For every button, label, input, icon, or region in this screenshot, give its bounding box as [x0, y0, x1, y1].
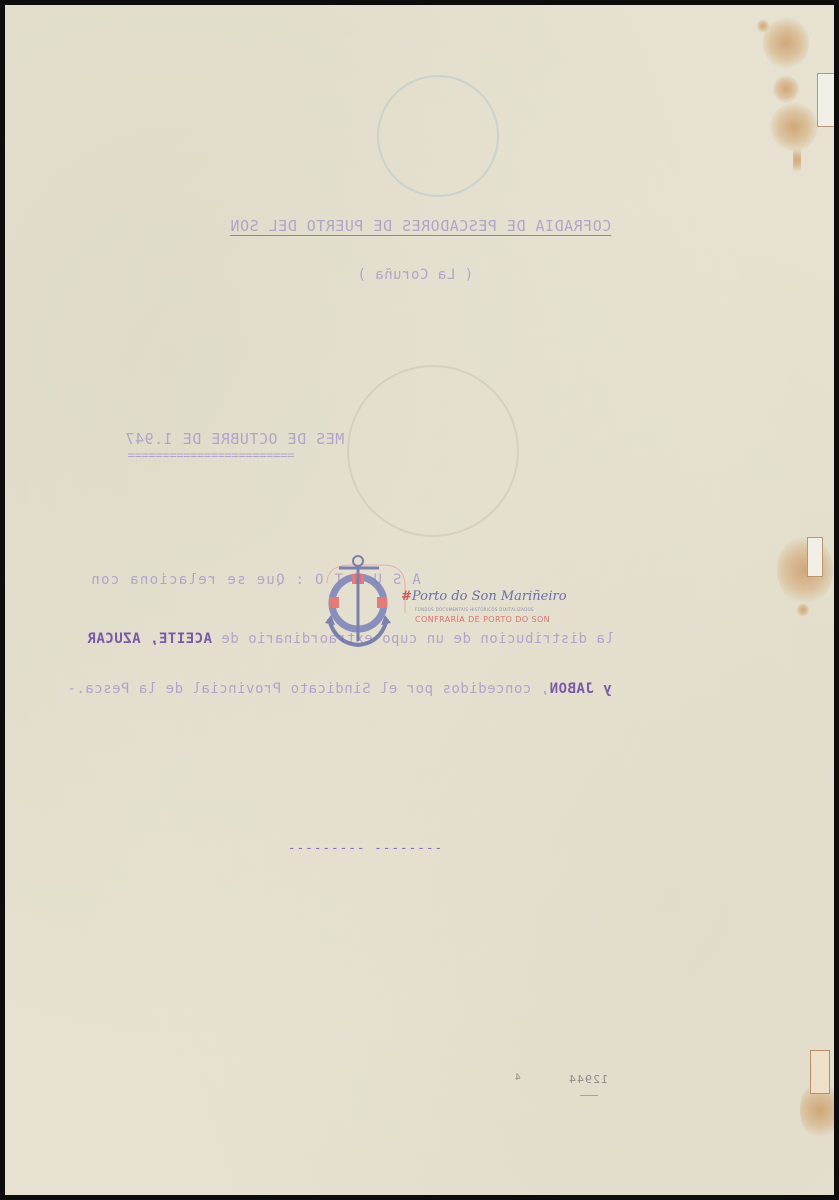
pencil-mark: 4	[515, 1073, 521, 1083]
document-location: ( La Coruña )	[357, 267, 473, 283]
separator-line: -------- ---------	[287, 841, 442, 856]
watermark-brand: #Porto do Son Mariñeiro	[401, 589, 567, 604]
subject-line-3-text: , concedidos por el Sindicato Provincial…	[67, 681, 549, 697]
watermark: #Porto do Son Mariñeiro FONDOS DOCUMENTA…	[323, 553, 533, 653]
stain-top-2	[773, 75, 799, 103]
watermark-organization: CONFRARÍA DE PORTO DO SON	[415, 615, 550, 624]
stain-top-drip	[793, 145, 801, 175]
tear-top	[817, 73, 834, 127]
stain-top-1	[763, 17, 809, 69]
subject-line-3-bold: y JABON	[549, 681, 612, 697]
document-period-rule: ========================	[128, 448, 294, 462]
stain-top-3	[770, 103, 818, 151]
pencil-dash	[580, 1095, 598, 1096]
pencil-note: 12944	[568, 1073, 608, 1086]
document-title: COFRADIA DE PESCADORES DE PUERTO DEL SON	[230, 217, 611, 235]
watermark-hash: #	[401, 589, 412, 604]
tear-bottom	[810, 1050, 830, 1094]
stain-middle	[777, 535, 833, 605]
document-period: MES DE OCTUBRE DE 1.947	[125, 430, 344, 448]
tear-middle	[807, 537, 823, 577]
document-page: COFRADIA DE PESCADORES DE PUERTO DEL SON…	[5, 5, 834, 1195]
watermark-brand-text: Porto do Son Mariñeiro	[412, 589, 567, 604]
stain-top-speck	[757, 19, 769, 33]
watermark-subtitle: FONDOS DOCUMENTAIS HISTÓRICOS DIXITALIZA…	[415, 607, 534, 612]
subject-line-3: y JABON, concedidos por el Sindicato Pro…	[67, 665, 647, 713]
subject-line-2-bold: ACEITE, AZUCAR	[87, 631, 212, 647]
faint-stamp-top	[377, 75, 499, 197]
stain-middle-drip	[797, 603, 809, 617]
anchor-lifebuoy-icon	[323, 553, 413, 651]
faint-stamp-middle	[347, 365, 519, 537]
